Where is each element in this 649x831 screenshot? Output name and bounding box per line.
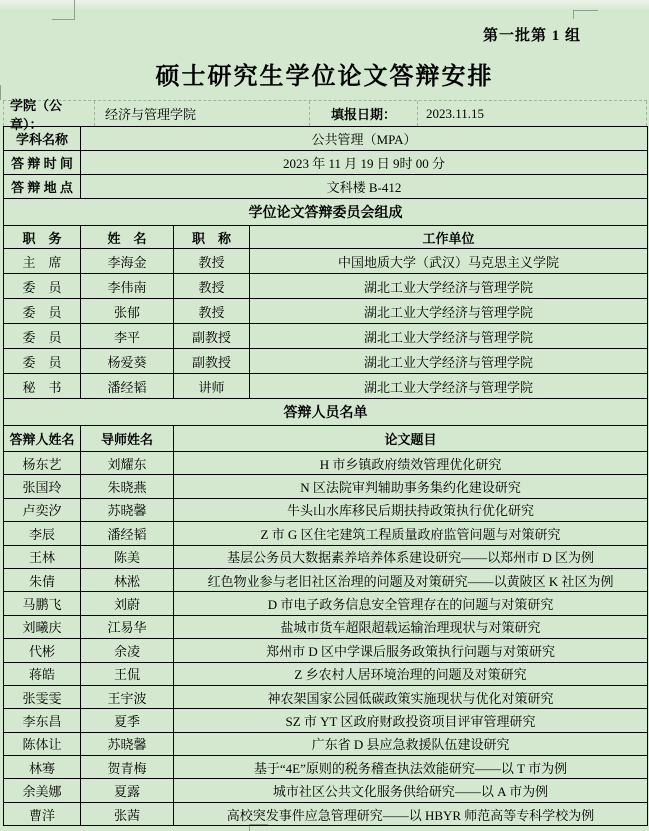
committee-name: 潘经韬	[81, 374, 174, 399]
defender-row: 王林 陈美 基层公务员大数据素养培养体系建设研究——以郑州市 D 区为例	[4, 545, 648, 568]
committee-name: 杨爱葵	[81, 349, 174, 374]
thesis-title: 牛头山水库移民后期扶持政策执行优化研究	[174, 498, 648, 521]
defender-name: 李辰	[4, 522, 81, 545]
committee-name: 张郁	[81, 299, 174, 324]
advisor-name: 夏露	[81, 779, 174, 802]
advisor-name: 余凌	[81, 639, 174, 662]
margin-mark-top-left	[52, 0, 75, 20]
thesis-title: 郑州市 D 区中学课后服务政策执行问题与对策研究	[174, 639, 648, 662]
advisor-name: 刘耀东	[81, 452, 174, 475]
advisor-name: 王宇波	[81, 685, 174, 708]
defense-place-value: 文科楼 B-412	[81, 175, 648, 199]
thesis-title: D 市电子政务信息安全管理存在的问题与对策研究	[174, 592, 648, 615]
committee-section-title: 学位论文答辩委员会组成	[4, 199, 648, 226]
advisor-name: 江易华	[81, 615, 174, 638]
defender-header-name: 答辩人姓名	[4, 426, 81, 452]
committee-org: 湖北工业大学经济与管理学院	[250, 349, 648, 374]
defender-name: 林骞	[4, 756, 81, 779]
committee-header-role: 职 务	[4, 226, 81, 249]
defender-name: 刘曦庆	[4, 615, 81, 638]
thesis-title: 红色物业参与老旧社区治理的问题及对策研究——以黄陂区 K 社区为例	[174, 568, 648, 591]
committee-row: 委 员 李平 副教授 湖北工业大学经济与管理学院	[4, 324, 648, 349]
committee-role: 委 员	[4, 274, 81, 299]
defender-name: 马鹏飞	[4, 592, 81, 615]
defender-name: 张国玲	[4, 475, 81, 498]
committee-role: 秘 书	[4, 374, 81, 399]
defender-row: 朱倩 林淞 红色物业参与老旧社区治理的问题及对策研究——以黄陂区 K 社区为例	[4, 568, 648, 591]
committee-header-title: 职 称	[174, 226, 250, 249]
discipline-label: 学科名称	[4, 127, 81, 151]
defender-row: 代彬 余凌 郑州市 D 区中学课后服务政策执行问题与对策研究	[4, 639, 648, 662]
committee-role: 委 员	[4, 324, 81, 349]
defender-row: 余美娜 夏露 城市社区公共文化服务供给研究——以 A 市为例	[4, 779, 648, 802]
committee-title: 讲师	[174, 374, 250, 399]
committee-row: 委 员 李伟南 教授 湖北工业大学经济与管理学院	[4, 274, 648, 299]
committee-title: 副教授	[174, 349, 250, 374]
committee-header-org: 工作单位	[250, 226, 648, 249]
committee-row: 委 员 杨爱葵 副教授 湖北工业大学经济与管理学院	[4, 349, 648, 374]
defender-name: 杨东艺	[4, 452, 81, 475]
defender-row: 林骞 贺青梅 基于“4E”原则的税务稽查执法效能研究——以 T 市为例	[4, 756, 648, 779]
committee-title: 教授	[174, 299, 250, 324]
discipline-value: 公共管理（MPA）	[81, 127, 648, 151]
defender-header-advisor: 导师姓名	[81, 426, 174, 452]
thesis-title: Z 乡农村人居环境治理的问题及对策研究	[174, 662, 648, 685]
thesis-title: 神农架国家公园低碳政策实施现状与优化对策研究	[174, 685, 648, 708]
committee-header-name: 姓 名	[81, 226, 174, 249]
defender-name: 余美娜	[4, 779, 81, 802]
defense-arrangement-table: 学科名称 公共管理（MPA） 答 辩 时 间 2023 年 11 月 19 日 …	[3, 126, 648, 826]
defender-name: 王林	[4, 545, 81, 568]
defender-row: 杨东艺 刘耀东 H 市乡镇政府绩效管理优化研究	[4, 452, 648, 475]
committee-title: 教授	[174, 249, 250, 274]
advisor-name: 林淞	[81, 568, 174, 591]
table-row: 学位论文答辩委员会组成	[4, 199, 648, 226]
defense-place-label: 答 辩 地 点	[4, 175, 81, 199]
defender-name: 曹洋	[4, 802, 81, 825]
committee-org: 湖北工业大学经济与管理学院	[250, 299, 648, 324]
committee-org: 湖北工业大学经济与管理学院	[250, 324, 648, 349]
defender-header-thesis: 论文题目	[174, 426, 648, 452]
committee-row: 主 席 李海金 教授 中国地质大学（武汉）马克思主义学院	[4, 249, 648, 274]
defender-row: 卢奕汐 苏晓馨 牛头山水库移民后期扶持政策执行优化研究	[4, 498, 648, 521]
defender-row: 张国玲 朱晓燕 N 区法院审判辅助事务集约化建设研究	[4, 475, 648, 498]
thesis-title: H 市乡镇政府绩效管理优化研究	[174, 452, 648, 475]
college-date-row: 学院（公章）： 经济与管理学院 填报日期： 2023.11.15	[3, 100, 647, 126]
defender-row: 李东昌 夏季 SZ 市 YT 区政府财政投资项目评审管理研究	[4, 709, 648, 732]
thesis-title: 盐城市货车超限超载运输治理现状与对策研究	[174, 615, 648, 638]
table-row: 答辩人姓名 导师姓名 论文题目	[4, 426, 648, 452]
defender-name: 代彬	[4, 639, 81, 662]
advisor-name: 朱晓燕	[81, 475, 174, 498]
committee-role: 委 员	[4, 349, 81, 374]
table-row: 答 辩 地 点 文科楼 B-412	[4, 175, 648, 199]
committee-role: 主 席	[4, 249, 81, 274]
committee-org: 湖北工业大学经济与管理学院	[250, 374, 648, 399]
committee-title: 教授	[174, 274, 250, 299]
document-page: 第一批第 1 组 硕士研究生学位论文答辩安排 学院（公章）： 经济与管理学院 填…	[0, 0, 649, 831]
committee-name: 李平	[81, 324, 174, 349]
report-date-label: 填报日期：	[310, 101, 418, 126]
table-row: 答辩人员名单	[4, 399, 648, 426]
thesis-title: 城市社区公共文化服务供给研究——以 A 市为例	[174, 779, 648, 802]
committee-row: 秘 书 潘经韬 讲师 湖北工业大学经济与管理学院	[4, 374, 648, 399]
advisor-name: 王侃	[81, 662, 174, 685]
committee-name: 李伟南	[81, 274, 174, 299]
defender-name: 李东昌	[4, 709, 81, 732]
advisor-name: 陈美	[81, 545, 174, 568]
advisor-name: 夏季	[81, 709, 174, 732]
defender-row: 曹洋 张茜 高校突发事件应急管理研究——以 HBYR 师范高等专科学校为例	[4, 802, 648, 825]
advisor-name: 贺青梅	[81, 756, 174, 779]
college-label: 学院（公章）：	[3, 101, 95, 126]
committee-role: 委 员	[4, 299, 81, 324]
defender-row: 马鹏飞 刘蔚 D 市电子政务信息安全管理存在的问题与对策研究	[4, 592, 648, 615]
defender-name: 卢奕汐	[4, 498, 81, 521]
report-date-value: 2023.11.15	[418, 101, 647, 126]
defense-time-label: 答 辩 时 间	[4, 151, 81, 175]
committee-title: 副教授	[174, 324, 250, 349]
thesis-title: 高校突发事件应急管理研究——以 HBYR 师范高等专科学校为例	[174, 802, 648, 825]
defender-row: 蒋皓 王侃 Z 乡农村人居环境治理的问题及对策研究	[4, 662, 648, 685]
college-value: 经济与管理学院	[95, 101, 310, 126]
thesis-title: N 区法院审判辅助事务集约化建设研究	[174, 475, 648, 498]
advisor-name: 刘蔚	[81, 592, 174, 615]
defender-name: 张雯雯	[4, 685, 81, 708]
table-row: 职 务 姓 名 职 称 工作单位	[4, 226, 648, 249]
margin-mark-top-right	[573, 10, 598, 19]
defender-name: 蒋皓	[4, 662, 81, 685]
committee-org: 中国地质大学（武汉）马克思主义学院	[250, 249, 648, 274]
defender-row: 刘曦庆 江易华 盐城市货车超限超载运输治理现状与对策研究	[4, 615, 648, 638]
page-top-shade	[0, 0, 649, 10]
defender-name: 朱倩	[4, 568, 81, 591]
defender-name: 陈体让	[4, 732, 81, 755]
committee-name: 李海金	[81, 249, 174, 274]
committee-row: 委 员 张郁 教授 湖北工业大学经济与管理学院	[4, 299, 648, 324]
thesis-title: SZ 市 YT 区政府财政投资项目评审管理研究	[174, 709, 648, 732]
defenders-section-title: 答辩人员名单	[4, 399, 648, 426]
advisor-name: 苏晓馨	[81, 498, 174, 521]
committee-org: 湖北工业大学经济与管理学院	[250, 274, 648, 299]
page-title: 硕士研究生学位论文答辩安排	[0, 56, 649, 91]
defender-row: 李辰 潘经韬 Z 市 G 区住宅建筑工程质量政府监管问题与对策研究	[4, 522, 648, 545]
batch-group-label: 第一批第 1 组	[483, 24, 581, 45]
thesis-title: 基于“4E”原则的税务稽查执法效能研究——以 T 市为例	[174, 756, 648, 779]
defender-row: 张雯雯 王宇波 神农架国家公园低碳政策实施现状与优化对策研究	[4, 685, 648, 708]
defender-row: 陈体让 苏晓馨 广东省 D 县应急救援队伍建设研究	[4, 732, 648, 755]
advisor-name: 张茜	[81, 802, 174, 825]
advisor-name: 潘经韬	[81, 522, 174, 545]
thesis-title: Z 市 G 区住宅建筑工程质量政府监管问题与对策研究	[174, 522, 648, 545]
defense-time-value: 2023 年 11 月 19 日 9时 00 分	[81, 151, 648, 175]
advisor-name: 苏晓馨	[81, 732, 174, 755]
table-row: 学科名称 公共管理（MPA）	[4, 127, 648, 151]
table-row: 答 辩 时 间 2023 年 11 月 19 日 9时 00 分	[4, 151, 648, 175]
thesis-title: 基层公务员大数据素养培养体系建设研究——以郑州市 D 区为例	[174, 545, 648, 568]
thesis-title: 广东省 D 县应急救援队伍建设研究	[174, 732, 648, 755]
